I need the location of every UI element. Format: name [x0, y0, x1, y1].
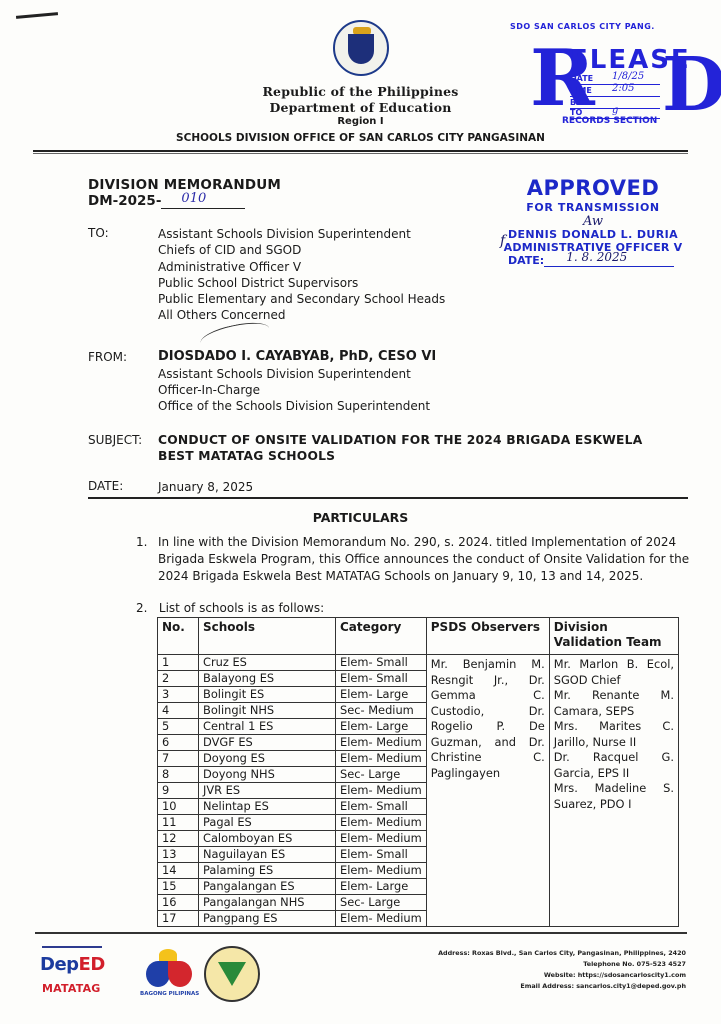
to-label: TO: — [88, 226, 109, 240]
cell-no: 9 — [158, 783, 199, 799]
cell-school: Doyong ES — [199, 751, 336, 767]
approved-date: DATE:1. 8. 2025 — [478, 254, 708, 267]
cell-category: Elem- Small — [336, 799, 427, 815]
footer-divider — [35, 932, 687, 934]
released-stamp: SDO SAN CARLOS CITY PANG. R ELEASE D DAT… — [510, 10, 715, 135]
cell-psds-observers: Mr. Benjamin M. Resngit Jr., Dr. Gemma C… — [426, 655, 549, 927]
cell-school: Balayong ES — [199, 671, 336, 687]
cell-category: Sec- Large — [336, 767, 427, 783]
approved-subtitle: FOR TRANSMISSION — [478, 201, 708, 214]
header-divider-thin — [33, 153, 688, 154]
footer-address: Address: Roxas Blvd., San Carlos City, P… — [400, 948, 686, 959]
recipient: Administrative Officer V — [158, 259, 445, 275]
cell-school: Pangpang ES — [199, 911, 336, 927]
date-label: DATE: — [88, 479, 123, 493]
approved-title: APPROVED — [478, 178, 708, 199]
from-label: FROM: — [88, 350, 127, 364]
cell-school: Palaming ES — [199, 863, 336, 879]
stamp-letter-d: D — [662, 48, 721, 122]
cell-no: 16 — [158, 895, 199, 911]
cell-school: DVGF ES — [199, 735, 336, 751]
cell-category: Elem- Medium — [336, 783, 427, 799]
header-category: Category — [336, 618, 427, 655]
cell-category: Elem- Medium — [336, 751, 427, 767]
pen-mark — [16, 12, 58, 19]
from-name: DIOSDADO I. CAYABYAB, PhD, CESO VI — [158, 349, 436, 364]
cell-school: Cruz ES — [199, 655, 336, 671]
subject-label: SUBJECT: — [88, 433, 142, 447]
deped-seal-icon — [333, 20, 389, 76]
header-schools: Schools — [199, 618, 336, 655]
subject-text: CONDUCT OF ONSITE VALIDATION FOR THE 202… — [158, 432, 642, 464]
cell-school: Nelintap ES — [199, 799, 336, 815]
cell-school: Pangalangan NHS — [199, 895, 336, 911]
cell-school: JVR ES — [199, 783, 336, 799]
date-divider — [88, 497, 688, 499]
cell-no: 7 — [158, 751, 199, 767]
cell-no: 5 — [158, 719, 199, 735]
cell-school: Naguilayan ES — [199, 847, 336, 863]
paragraph-number: 2. — [136, 601, 147, 615]
cell-school: Bolingit ES — [199, 687, 336, 703]
schools-table: No. Schools Category PSDS Observers Divi… — [157, 617, 679, 927]
cell-validation-team: Mr. Marlon B. Ecol, SGOD ChiefMr. Renant… — [549, 655, 678, 927]
team-member: Mrs. Madeline S. Suarez, PDO I — [554, 781, 674, 812]
footer-website[interactable]: Website: https://sdosancarloscity1.com — [400, 970, 686, 981]
recipient: Chiefs of CID and SGOD — [158, 242, 445, 258]
cell-category: Elem- Large — [336, 879, 427, 895]
cell-category: Elem- Small — [336, 655, 427, 671]
table-header-row: No. Schools Category PSDS Observers Divi… — [158, 618, 679, 655]
stamp-time-field: TIME2:05 — [570, 86, 660, 97]
memo-number: DM-2025-010 — [88, 193, 245, 209]
approved-initials: Aw — [478, 214, 708, 228]
cell-no: 14 — [158, 863, 199, 879]
team-member: Dr. Racquel G. Garcia, EPS II — [554, 750, 674, 781]
bagong-pilipinas-logo: BAGONG PILIPINAS — [140, 945, 198, 1005]
memo-number-handwritten: 010 — [181, 191, 206, 206]
subject-line: CONDUCT OF ONSITE VALIDATION FOR THE 202… — [158, 432, 642, 448]
paragraph-number: 1. — [136, 534, 147, 551]
team-member: Mr. Marlon B. Ecol, SGOD Chief — [554, 657, 674, 688]
approved-stamp: APPROVED FOR TRANSMISSION Aw DENNIS DONA… — [478, 178, 708, 267]
cell-no: 3 — [158, 687, 199, 703]
cell-school: Calomboyan ES — [199, 831, 336, 847]
header-validation-team: Division Validation Team — [549, 618, 678, 655]
cell-category: Elem- Medium — [336, 815, 427, 831]
cell-category: Elem- Medium — [336, 911, 427, 927]
cell-category: Sec- Large — [336, 895, 427, 911]
cell-category: Elem- Medium — [336, 831, 427, 847]
cell-no: 6 — [158, 735, 199, 751]
cell-no: 2 — [158, 671, 199, 687]
approved-name: DENNIS DONALD L. DURIA — [478, 228, 708, 241]
stamp-section: RECORDS SECTION — [562, 116, 657, 126]
cell-school: Pagal ES — [199, 815, 336, 831]
cell-no: 12 — [158, 831, 199, 847]
sdo-san-carlos-seal — [204, 946, 260, 1002]
cell-category: Elem- Medium — [336, 863, 427, 879]
cell-school: Central 1 ES — [199, 719, 336, 735]
cell-category: Elem- Medium — [336, 735, 427, 751]
from-position: Assistant Schools Division Superintenden… — [158, 366, 430, 382]
subject-line: BEST MATATAG SCHOOLS — [158, 448, 642, 464]
recipient: Assistant Schools Division Superintenden… — [158, 226, 445, 242]
cell-no: 8 — [158, 767, 199, 783]
cell-category: Elem- Small — [336, 671, 427, 687]
for-mark: f — [500, 233, 505, 249]
from-position: Office of the Schools Division Superinte… — [158, 398, 430, 414]
deped-matatag-logo: DepED MATATAG — [38, 946, 110, 1008]
paragraph-2: 2. List of schools is as follows: — [136, 601, 324, 615]
paragraph-1: 1. In line with the Division Memorandum … — [136, 534, 696, 585]
footer-email[interactable]: Email Address: sancarlos.city1@deped.gov… — [400, 981, 686, 992]
header-divider — [33, 150, 688, 152]
cell-no: 15 — [158, 879, 199, 895]
date-value: January 8, 2025 — [158, 479, 253, 495]
cell-no: 17 — [158, 911, 199, 927]
from-positions: Assistant Schools Division Superintenden… — [158, 366, 430, 414]
header-psds-observers: PSDS Observers — [426, 618, 549, 655]
particulars-heading: PARTICULARS — [0, 510, 721, 525]
to-recipients: Assistant Schools Division Superintenden… — [158, 226, 445, 324]
cell-school: Bolingit NHS — [199, 703, 336, 719]
cell-no: 11 — [158, 815, 199, 831]
cell-no: 13 — [158, 847, 199, 863]
cell-no: 10 — [158, 799, 199, 815]
team-member: Mrs. Marites C. Jarillo, Nurse II — [554, 719, 674, 750]
header-no: No. — [158, 618, 199, 655]
table-row: 1Cruz ESElem- SmallMr. Benjamin M. Resng… — [158, 655, 679, 671]
recipient: Public School District Supervisors — [158, 275, 445, 291]
cell-category: Elem- Large — [336, 687, 427, 703]
paragraph-text: In line with the Division Memorandum No.… — [158, 534, 696, 585]
footer-contact: Address: Roxas Blvd., San Carlos City, P… — [400, 948, 686, 992]
cell-school: Doyong NHS — [199, 767, 336, 783]
from-position: Officer-In-Charge — [158, 382, 430, 398]
recipient: Public Elementary and Secondary School H… — [158, 291, 445, 307]
recipient: All Others Concerned — [158, 307, 445, 323]
cell-school: Pangalangan ES — [199, 879, 336, 895]
cell-category: Elem- Small — [336, 847, 427, 863]
stamp-office-text: SDO SAN CARLOS CITY PANG. — [510, 22, 655, 31]
cell-no: 4 — [158, 703, 199, 719]
team-member: Mr. Renante M. Camara, SEPS — [554, 688, 674, 719]
cell-no: 1 — [158, 655, 199, 671]
cell-category: Sec- Medium — [336, 703, 427, 719]
footer-telephone: Telephone No. 075-523 4527 — [400, 959, 686, 970]
cell-category: Elem- Large — [336, 719, 427, 735]
paragraph-text: List of schools is as follows: — [159, 601, 324, 615]
